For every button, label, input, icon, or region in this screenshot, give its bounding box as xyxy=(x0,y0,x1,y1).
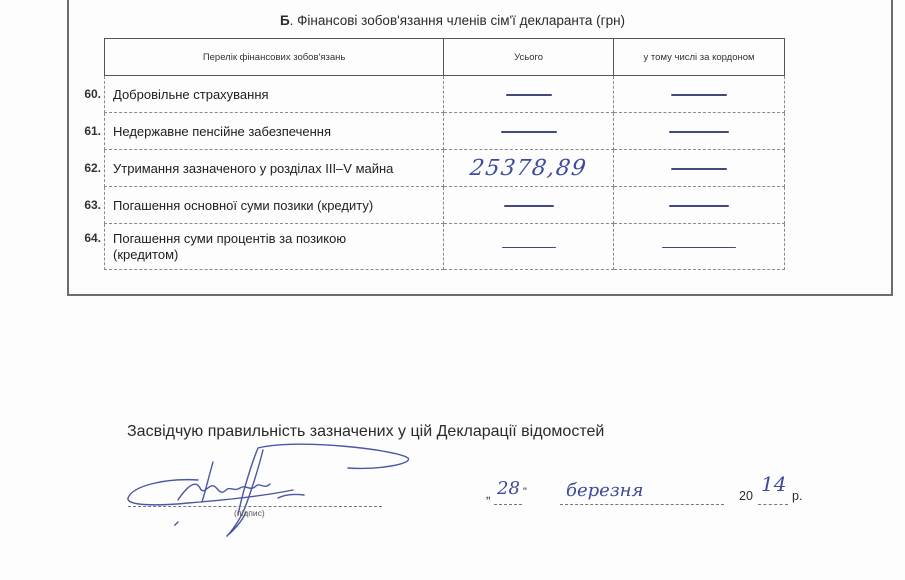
row-label-cell: 61. Недержавне пенсійне забезпечення xyxy=(105,113,444,150)
abroad-cell xyxy=(614,187,785,224)
certification-statement: Засвідчую правильність зазначених у цій … xyxy=(127,423,604,441)
abroad-cell xyxy=(614,150,785,187)
header-abroad: у тому числі за кордоном xyxy=(614,39,785,76)
date-open-quote: „ xyxy=(486,486,490,501)
date-year-line xyxy=(758,504,788,505)
total-cell: 25378,89 xyxy=(444,150,614,187)
table-row: 63. Погашення основної суми позики (кред… xyxy=(105,187,785,224)
date-day-handwritten: 28 xyxy=(497,478,520,499)
row-number: 61. xyxy=(73,124,101,138)
row-label: Утримання зазначеного у розділах III–V м… xyxy=(113,161,393,176)
signature-line xyxy=(128,506,382,507)
date-year-handwritten: 14 xyxy=(761,472,786,496)
empty-dash-mark xyxy=(504,205,554,207)
header-total: Усього xyxy=(444,39,614,76)
total-cell xyxy=(444,224,614,270)
row-label-cell: 60. Добровільне страхування xyxy=(105,76,444,113)
table-row: 61. Недержавне пенсійне забезпечення xyxy=(105,113,785,150)
date-close-quote: " xyxy=(523,486,527,498)
table-row: 62. Утримання зазначеного у розділах III… xyxy=(105,150,785,187)
row-label: Погашення суми процентів за позикою (кре… xyxy=(113,231,403,263)
signature-caption: (підпис) xyxy=(234,508,265,518)
row-number: 62. xyxy=(73,161,101,175)
row-label: Погашення основної суми позики (кредиту) xyxy=(113,198,373,213)
abroad-cell xyxy=(614,113,785,150)
table-header-row: Перелік фінансових зобов'язань Усього у … xyxy=(105,39,785,76)
total-cell xyxy=(444,76,614,113)
row-label-cell: 62. Утримання зазначеного у розділах III… xyxy=(105,150,444,187)
date-month-handwritten: березня xyxy=(566,480,643,501)
section-title: Б. Фінансові зобов'язання членів сім'ї д… xyxy=(0,13,905,28)
row-label: Добровільне страхування xyxy=(113,87,269,102)
section-title-text: . Фінансові зобов'язання членів сім'ї де… xyxy=(290,13,625,28)
abroad-cell xyxy=(614,76,785,113)
abroad-cell xyxy=(614,224,785,270)
empty-dash-mark xyxy=(669,205,729,207)
section-letter: Б xyxy=(280,13,290,28)
empty-dash-mark xyxy=(671,168,727,170)
table-row: 60. Добровільне страхування xyxy=(105,76,785,113)
obligations-table: Перелік фінансових зобов'язань Усього у … xyxy=(104,38,785,270)
signature-icon xyxy=(118,440,418,550)
row-label-cell: 63. Погашення основної суми позики (кред… xyxy=(105,187,444,224)
empty-dash-mark xyxy=(671,94,727,96)
row-number: 63. xyxy=(73,198,101,212)
empty-dash-mark xyxy=(506,94,552,96)
table-row: 64. Погашення суми процентів за позикою … xyxy=(105,224,785,270)
date-month-line xyxy=(560,504,724,505)
row-label-cell: 64. Погашення суми процентів за позикою … xyxy=(105,224,444,270)
row-number: 64. xyxy=(73,231,101,245)
total-cell xyxy=(444,187,614,224)
header-obligations-list: Перелік фінансових зобов'язань xyxy=(105,39,444,76)
empty-dash-mark xyxy=(662,247,736,249)
date-day-line xyxy=(494,504,522,505)
empty-dash-mark xyxy=(669,131,729,133)
row-label: Недержавне пенсійне забезпечення xyxy=(113,124,331,139)
date-year-unit: р. xyxy=(792,489,802,503)
empty-dash-mark xyxy=(502,247,556,249)
total-cell xyxy=(444,113,614,150)
row-number: 60. xyxy=(73,87,101,101)
date-year-prefix: 20 xyxy=(739,489,753,503)
handwritten-total-value: 25378,89 xyxy=(468,156,588,181)
empty-dash-mark xyxy=(501,131,557,133)
